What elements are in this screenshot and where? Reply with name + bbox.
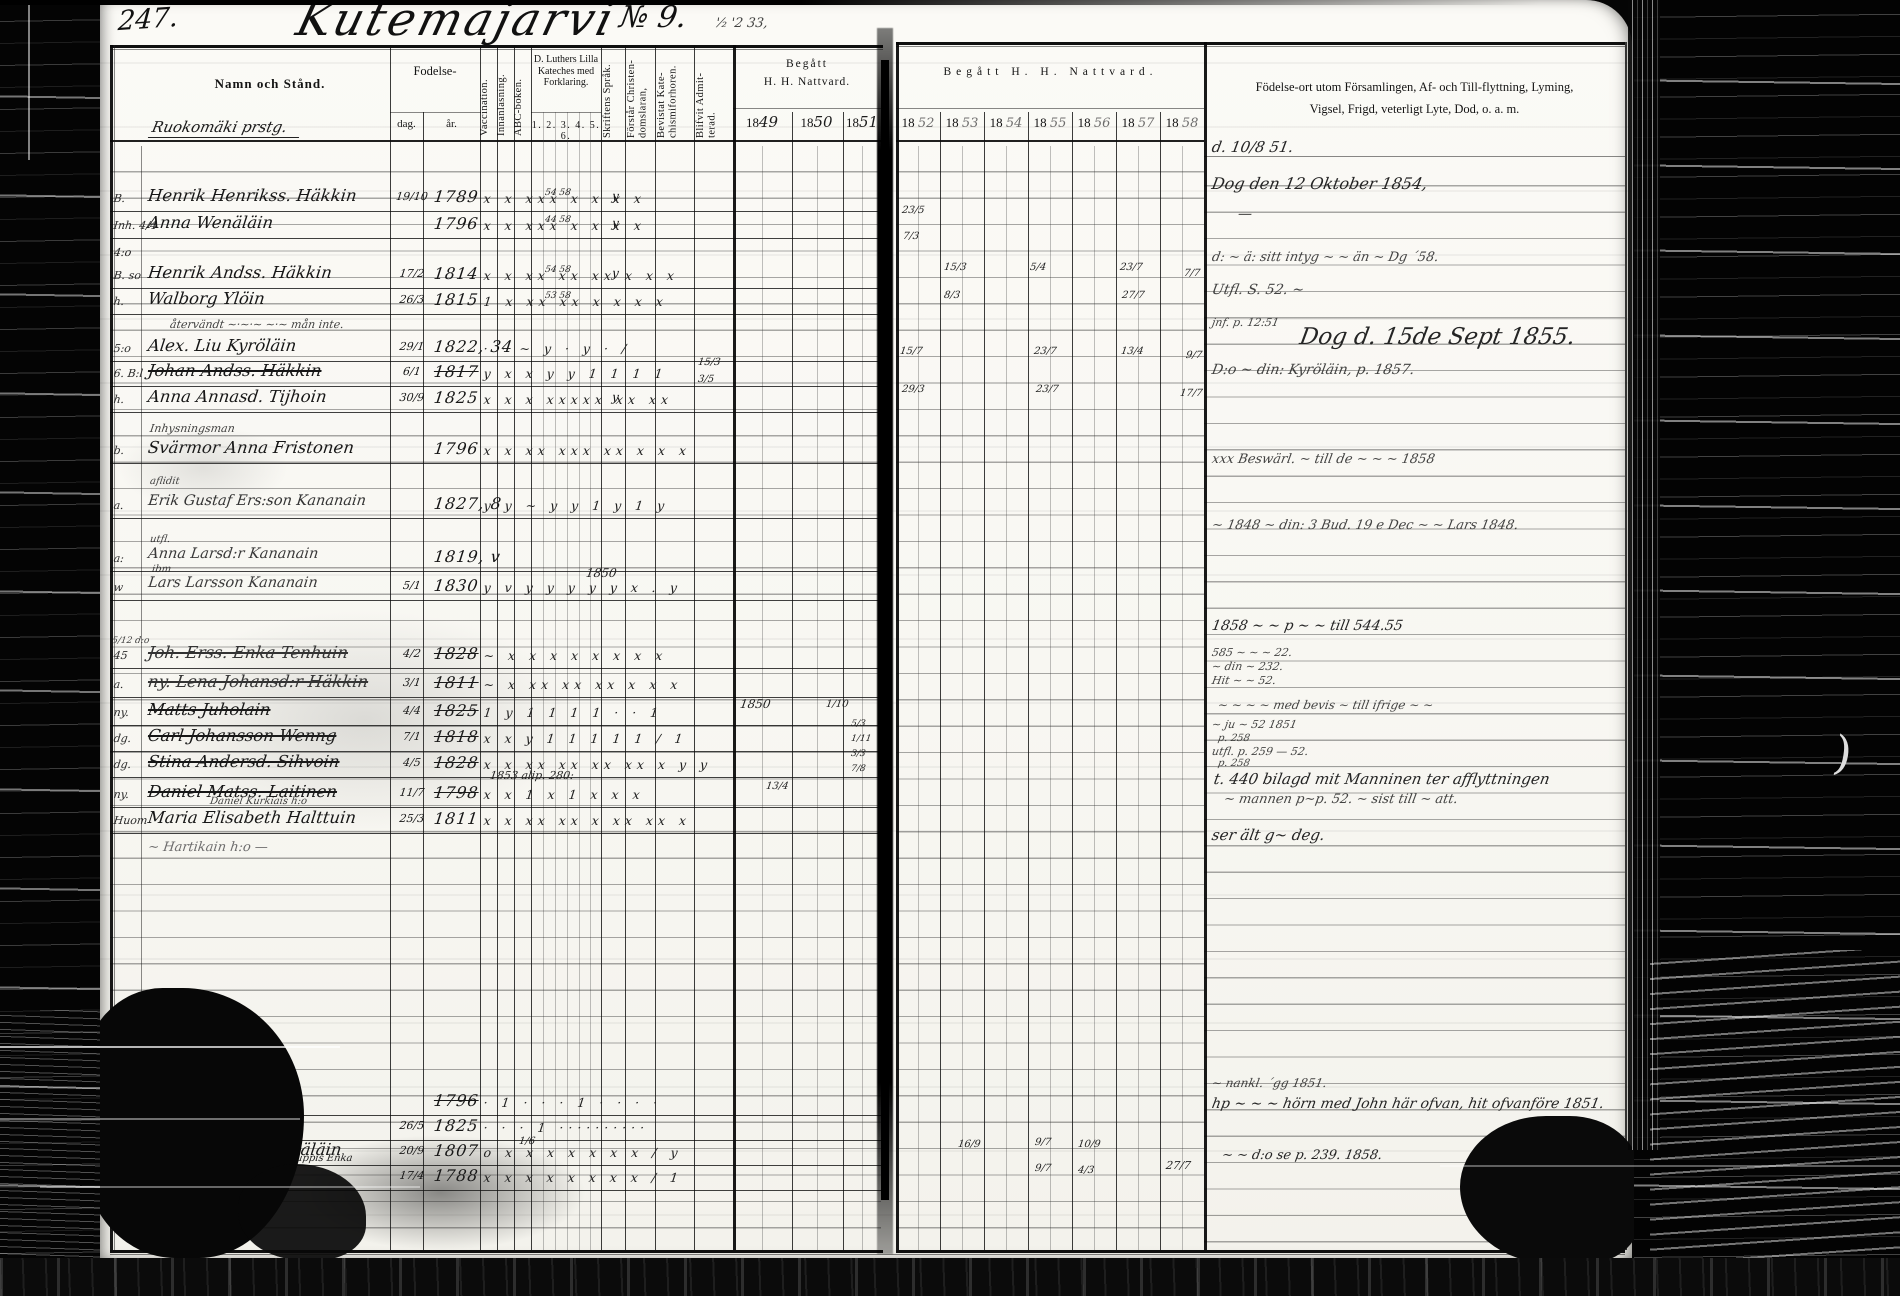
column-header-skriftens-sprak: Skriftens Språk.: [602, 48, 624, 138]
entry-marks: x x xx xx x xx xx x: [483, 813, 692, 828]
column-divider: [1204, 42, 1207, 1250]
note: Dog den 12 Oktober 1854,: [1210, 174, 1429, 193]
column-divider: [1182, 146, 1183, 1250]
entry-row: wLars Larsson Kananain5/11830y v y y y y…: [110, 573, 884, 601]
entry-birth-day: 26/5: [391, 1119, 433, 1132]
year-script: 54: [1006, 116, 1023, 131]
column-divider: [1094, 146, 1095, 1250]
entry-birth-year: 1796: [433, 214, 480, 233]
page-number: 247.: [117, 2, 179, 37]
column-header-nattvard-right: Begått H. H. Nattvard.: [896, 66, 1205, 78]
communion-date-fragment: 17/7: [1179, 388, 1203, 399]
year-prefix: 18: [846, 115, 859, 130]
year-header-1849: 1849: [737, 113, 787, 131]
communion-date-fragment: 9/7: [1034, 1137, 1052, 1148]
year-prefix: 18: [800, 115, 813, 130]
entry-birth-day: 5/1: [391, 579, 433, 592]
entry-check: y: [611, 189, 620, 203]
note: utfl. p. 259 — 52.: [1211, 745, 1310, 758]
year-script: 58: [1182, 116, 1199, 131]
entry-name: Anna Larsd:r Kananain: [147, 546, 319, 562]
entry-row: B.Henrik Henrikss. Häkkin19/101789x x xx…: [110, 184, 884, 212]
year-header-1857: 18 57: [1116, 115, 1160, 131]
interlinear-note: utfl.: [149, 534, 171, 545]
table-top-border-right-2: [896, 46, 1625, 47]
page-right-edge-line: [1625, 42, 1627, 1250]
year-prefix: 18: [1078, 115, 1091, 130]
communion-date-fragment: 15/7: [899, 346, 923, 357]
column-header-name: Namn och Stånd.: [160, 76, 380, 92]
entry-birth-year: 1814: [433, 264, 480, 283]
entry-name: Henrik Andss. Häkkin: [147, 263, 333, 282]
entry-row: 5:oAlex. Liu Kyröläin29/11822, 34· · ~ y…: [110, 334, 884, 362]
year-header-1854: 18 54: [984, 115, 1028, 131]
entry-name: Johan Andss. Häkkin: [147, 361, 323, 380]
entry-birth-year: 1825: [433, 1116, 480, 1135]
column-divider: [940, 112, 941, 1250]
column-header-catechism: D. Luthers Lilla Kateches med Forklaring…: [531, 54, 601, 89]
communion-date-fragment: 13/4: [765, 781, 789, 792]
column-header-forstar-christendomslaran: Förstår Christen-domslaran,: [626, 48, 654, 138]
column-header-vaccination: Vaccination.: [479, 48, 497, 136]
communion-date-fragment: 23/7: [1035, 384, 1059, 395]
column-header-nattvard-left-2: H. H. Nattvard.: [733, 76, 881, 88]
note: ~ ju ~ 52 1851: [1211, 718, 1298, 731]
entry-birth-day: 26/3: [391, 293, 433, 306]
communion-date-fragment: 4/3: [1077, 1165, 1095, 1176]
entry-row: a:Anna Larsd:r Kananain1819, v: [110, 544, 884, 572]
entry-check: y: [611, 266, 620, 280]
entry-marks: · · · 1 ··········: [483, 1120, 650, 1135]
communion-date-fragment: 10/9: [1077, 1139, 1101, 1150]
column-divider: [1072, 112, 1073, 1250]
note: 1858 ~ ~ p ~ ~ till 544.55: [1211, 618, 1405, 634]
communion-date-fragment: 3/5: [697, 374, 715, 385]
communion-date-fragment: 27/7: [1121, 290, 1145, 301]
communion-date-fragment: 7/7: [1183, 268, 1201, 279]
communion-date-fragment: 1/10: [825, 699, 849, 710]
year-prefix: 18: [946, 115, 959, 130]
year-prefix: 18: [746, 115, 759, 130]
communion-date-fragment: 27/7: [1165, 1159, 1192, 1172]
header-bottom-line-right: [896, 140, 1204, 142]
farm-name-heading: Ruokomäki prstg.: [148, 118, 303, 138]
note: d. 10/8 51.: [1210, 138, 1295, 156]
communion-date-fragment: 9/7: [1034, 1163, 1052, 1174]
communion-date-fragment: 54 58: [544, 265, 571, 275]
ink-smudge: [118, 425, 288, 510]
nattvard-left-line: [733, 108, 881, 109]
year-script: 57: [1138, 116, 1155, 131]
entry-birth-year: 1830: [433, 576, 480, 595]
communion-date-fragment: 13/4: [1120, 346, 1144, 357]
entry-row: ~ Hartikain h:o —: [110, 838, 884, 865]
entry-marks: y v y y y y y x . y: [483, 580, 683, 595]
communion-date-fragment: 7/3: [902, 231, 920, 242]
entry-birth-year: 1815: [433, 290, 480, 309]
entry-marks: y x x y y 1 1 1 1: [483, 366, 669, 381]
entry-name: Walborg Ylöin: [147, 289, 266, 308]
note: ~ 1848 ~ din: 3 Bud. 19 e Dec ~ ~ Lars 1…: [1211, 518, 1520, 533]
communion-date-fragment: 3/3: [850, 749, 866, 759]
communion-date-fragment: 9/7: [1185, 350, 1203, 361]
column-header-birth-day: dag.: [390, 118, 423, 130]
page-title: Kutemajärvi: [291, 0, 622, 46]
entry-birth-year: 1817: [433, 362, 480, 381]
entry-marks: x x x xxxxx xx xx: [483, 392, 674, 407]
margin-figure: 4:o: [113, 246, 132, 259]
communion-date-fragment: 53 58: [544, 291, 571, 301]
year-prefix: 18: [990, 115, 1003, 130]
interlinear-note: ibm: [151, 564, 172, 575]
year-prefix: 18: [1166, 115, 1179, 130]
year-script: 50: [813, 113, 832, 131]
column-divider: [1028, 112, 1029, 1250]
scanner-edge-bottom: [0, 1258, 1900, 1296]
entry-row: 6. B:lJohan Andss. Häkkin6/11817y x x y …: [110, 359, 884, 387]
communion-date-fragment: 29/3: [901, 384, 925, 395]
column-divider: [918, 146, 919, 1250]
communion-date-fragment: 23/5: [901, 205, 925, 216]
entry-birth-year: 1789: [433, 187, 480, 206]
scratch-line: [40, 1186, 420, 1188]
communion-date-fragment: 15/3: [943, 262, 967, 273]
year-script: 56: [1094, 116, 1111, 131]
column-header-birth-year: år.: [424, 118, 479, 130]
entry-name: Alex. Liu Kyröläin: [147, 336, 298, 355]
entry-marks: · · ~ y · y · /: [483, 341, 632, 356]
entry-marks: 1 x xx xx x x x x: [483, 294, 669, 309]
column-divider: [1006, 146, 1007, 1250]
year-script: 49: [759, 113, 778, 131]
entry-name: Henrik Henrikss. Häkkin: [147, 186, 358, 205]
column-header-bevistat-katechismiforhoren: Bevistat Kate-chismiforhoren.: [656, 48, 692, 138]
column-header-abc-boken: ABC-boken.: [513, 48, 531, 136]
entry-marks: x x xx xx xx x x x: [483, 268, 680, 283]
scratch-noise: [1650, 950, 1900, 1260]
note: Utfl. S. 52. ~: [1211, 282, 1306, 298]
year-prefix: 18: [1122, 115, 1135, 130]
table-top-border-right: [896, 42, 1625, 45]
entry-name: ~ Hartikain h:o —: [147, 840, 269, 855]
communion-date-fragment: 5/3: [850, 719, 866, 729]
entry-check: y: [611, 216, 620, 230]
column-header-innanlasning: Innanlasning.: [496, 48, 514, 136]
note: xxx Beswärl. ~ till de ~ ~ ~ 1858: [1211, 452, 1436, 467]
note: 585 ~ ~ ~ 22.: [1211, 646, 1293, 659]
column-divider: [984, 112, 985, 1250]
communion-date-fragment: 5/4: [1029, 262, 1047, 273]
communion-date-fragment: 15/3: [697, 357, 721, 368]
note: ~ ~ d:o se p. 239. 1858.: [1221, 1148, 1384, 1163]
column-divider: [896, 42, 899, 1250]
note-dash: —: [1237, 206, 1253, 222]
entry-row: HuomMaria Elisabeth Halttuin25/31811x x …: [110, 806, 884, 834]
scratch-line: [28, 0, 30, 160]
communion-date-fragment: 23/7: [1033, 346, 1057, 357]
year-note-fragment: 1850: [585, 566, 618, 580]
year-script: 51: [859, 113, 878, 131]
year-header-1858: 18 58: [1160, 115, 1204, 131]
note: ~ nankl. ´gg 1851.: [1211, 1076, 1328, 1090]
entry-row: h.Walborg Ylöin26/318151 x xx xx x x x x: [110, 287, 884, 315]
entry-name: Anna Wenäläin: [147, 213, 274, 232]
scanner-edge-top: [0, 0, 1540, 5]
scratch-line: [0, 1118, 300, 1120]
entry-birth-day: 17/2: [391, 267, 433, 280]
column-header-notes-line2: Vigsel, Frigd, veterligt Lyte, Dod, o. a…: [1204, 102, 1625, 117]
note: D:o ~ din: Kyröläin, p. 1857.: [1211, 362, 1416, 378]
entry-marks: x x xx xxx xx x x x: [483, 443, 692, 458]
entry-birth-year: 1825: [433, 388, 480, 407]
column-header-nattvard-left-1: Begått: [733, 58, 881, 70]
year-header-1851: 1851: [844, 113, 880, 131]
note: ~ ~ ~ ~ med bevis ~ till ifrige ~ ~: [1217, 698, 1435, 712]
entry-name: Lars Larsson Kananain: [147, 575, 318, 591]
scratch-line: [1440, 1165, 1900, 1167]
year-header-1856: 18 56: [1072, 115, 1116, 131]
communion-date-fragment: 44 58: [544, 215, 571, 225]
column-divider: [1116, 112, 1117, 1250]
entry-row: B. soHenrik Andss. Häkkin17/21814x x xx …: [110, 261, 884, 289]
birth-subheader-line: [390, 112, 480, 113]
note-death-1855: Dog d. 15de Sept 1855.: [1298, 324, 1578, 350]
column-header-birth: Fodelse-: [390, 64, 480, 79]
column-divider: [1138, 146, 1139, 1250]
entry-birth-year: 1819, v: [433, 547, 502, 566]
entry-marks: · 1 · · · 1 · · · ·: [483, 1095, 663, 1110]
entry-row: Inh. 4/4Anna Wenäläin1796x x xxx x x x x…: [110, 211, 884, 239]
column-header-blifvit-admitterad: Blifvit Admit-terad.: [695, 48, 731, 138]
entry-marks: y y ~ y y 1 y 1 y: [483, 498, 670, 513]
year-script: 52: [918, 116, 935, 131]
entry-birth-day: 29/1: [391, 340, 433, 353]
entry-birth-year: 1796: [433, 1091, 480, 1110]
communion-date-fragment: 23/7: [1119, 262, 1143, 273]
entry-name: Anna Annasd. Tijhoin: [147, 387, 328, 406]
note: ~ din ~ 232.: [1211, 660, 1284, 673]
column-divider: [1050, 146, 1051, 1250]
note: Hit ~ ~ 52.: [1211, 674, 1277, 687]
page-title-number: № 9.: [617, 0, 690, 35]
title-scrawl: '⁄₂ '2 33,: [715, 16, 769, 31]
ink-smudge: [150, 610, 580, 830]
entry-row: h.Anna Annasd. Tijhoin30/91825x x x xxxx…: [110, 385, 884, 413]
book-spine-core: [881, 60, 889, 1200]
scanned-parish-register: 247. Kutemajärvi № 9. Namn och Stånd. Fo…: [0, 0, 1900, 1296]
year-script: 53: [962, 116, 979, 131]
column-divider: [962, 146, 963, 1250]
note: d: ~ ä: sitt intyg ~ ~ än ~ Dg ´58.: [1211, 250, 1440, 265]
note: p. 258: [1217, 733, 1251, 744]
margin-figure: 5/12 d:o: [111, 636, 150, 646]
communion-date-fragment: 16/9: [957, 1139, 981, 1150]
column-header-notes-line1: Födelse-ort utom Församlingen, Af- och T…: [1204, 80, 1625, 95]
notes-header-line: [1204, 156, 1625, 157]
note: t. 440 bilagd mit Manninen ter afflyttni…: [1212, 770, 1551, 788]
entry-birth-day: 19/10: [391, 190, 433, 203]
note: ser ält g~ deg.: [1210, 826, 1326, 844]
entry-check: y: [611, 390, 620, 404]
scratch-line: [0, 1046, 340, 1048]
communion-date-fragment: 8/3: [943, 290, 961, 301]
communion-date-fragment: 7/8: [850, 764, 866, 774]
communion-date-fragment: 54 58: [544, 188, 571, 198]
column-header-catechism-numbers: 1. 2. 3. 4. 5. 6.: [531, 120, 601, 142]
note: ~ mannen p~p. 52. ~ sist till ~ att.: [1223, 792, 1459, 807]
note: jnf. p. 12:51: [1211, 316, 1280, 329]
interlinear-note: återvändt ~·~·~ ~·~ mån inte.: [169, 318, 345, 331]
note: hp ~ ~ ~ hörn med John här ofvan, hit of…: [1211, 1096, 1606, 1112]
column-divider: [1160, 112, 1161, 1250]
year-note-fragment: 1850: [739, 697, 772, 711]
entry-birth-year: 1796: [433, 439, 480, 458]
year-header-1852: 18 52: [896, 115, 940, 131]
communion-date-fragment: 1/11: [850, 734, 872, 744]
year-prefix: 18: [902, 115, 915, 130]
entry-birth-day: 30/9: [391, 391, 433, 404]
nattvard-right-line: [896, 108, 1204, 109]
year-prefix: 18: [1034, 115, 1047, 130]
year-script: 55: [1050, 116, 1067, 131]
year-header-1853: 18 53: [940, 115, 984, 131]
entry-birth-day: 6/1: [391, 365, 433, 378]
year-header-1850: 1850: [794, 113, 839, 131]
note: p. 258: [1217, 758, 1251, 769]
year-header-1855: 18 55: [1028, 115, 1072, 131]
